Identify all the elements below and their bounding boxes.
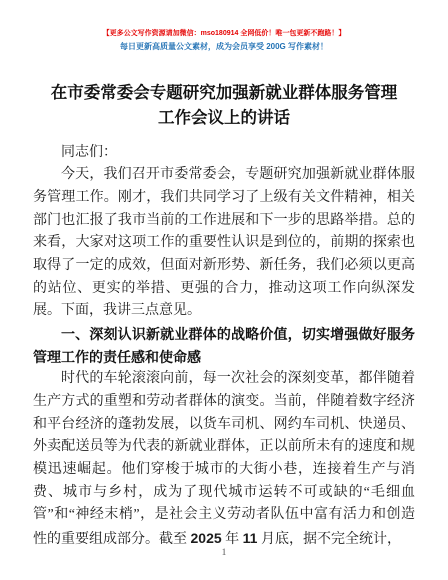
watermark-header: 【更多公文写作资源请加微信：mso180914 全网低价！唯一包更新不跑路！】 … <box>0 27 448 54</box>
document-title: 在市委常委会专题研究加强新就业群体服务管理工作会议上的讲话 <box>49 81 399 131</box>
inline-number: 2025 <box>191 530 222 546</box>
inline-number: 11 <box>243 530 258 546</box>
paragraph: 今天，我们召开市委常委会，专题研究加强新就业群体服务管理工作。刚才，我们共同学习… <box>33 164 415 323</box>
page-number: 1 <box>0 548 448 558</box>
paragraph: 同志们： <box>33 142 415 165</box>
document-body: 同志们：今天，我们召开市委常委会，专题研究加强新就业群体服务管理工作。刚才，我们… <box>0 142 448 552</box>
paragraph: 时代的车轮滚滚向前，每一次社会的深刻变革，都伴随着生产方式的重塑和劳动者群体的演… <box>33 368 415 551</box>
watermark-line-blue: 每日更新高质量公文素材，成为会员享受 200G 写作素材！ <box>0 40 448 54</box>
section-heading: 一、深刻认识新就业群体的战略价值，切实增强做好服务管理工作的责任感和使命感 <box>33 323 415 368</box>
document-page: 【更多公文写作资源请加微信：mso180914 全网低价！唯一包更新不跑路！】 … <box>0 0 448 580</box>
watermark-line-red: 【更多公文写作资源请加微信：mso180914 全网低价！唯一包更新不跑路！】 <box>0 27 448 40</box>
